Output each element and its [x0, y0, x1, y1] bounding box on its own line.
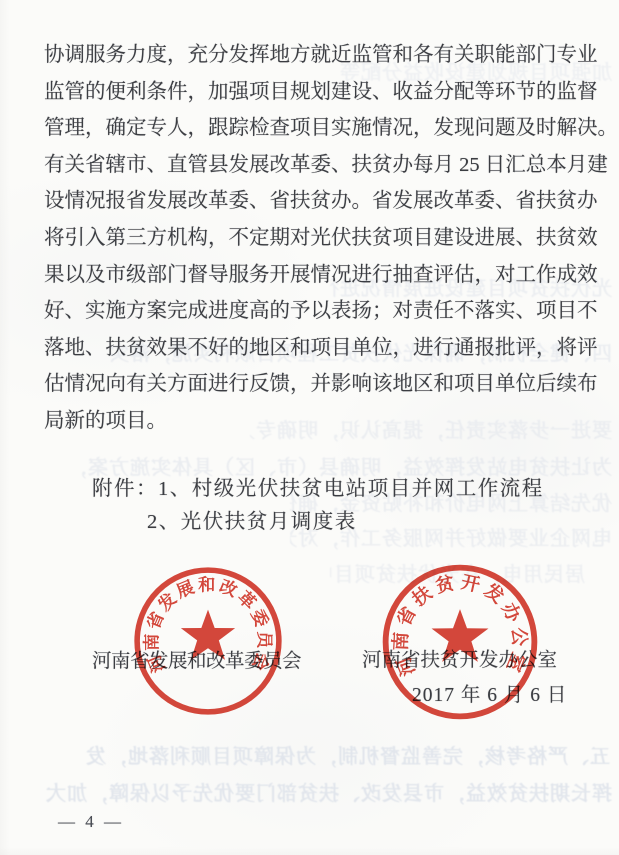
official-seal-right: 河南省扶贫开发办公室	[375, 557, 545, 727]
body-line: 好、实施方案完成进度高的予以表扬；对责任不落实、项目不	[44, 293, 581, 330]
body-line: 估情况向有关方面进行反馈，并影响该地区和项目单位后续布	[44, 366, 581, 403]
body-line: 将引入第三方机构，不定期对光伏扶贫项目建设进展、扶贫效	[44, 220, 581, 257]
body-line: 设情况报省发展改革委、省扶贫办。省发展改革委、省扶贫办	[44, 183, 581, 220]
attachment-item-2: 2、光伏扶贫月调度表	[147, 504, 357, 534]
body-line: 落地、扶贫效果不好的地区和项目单位，进行通报批评，将评	[44, 330, 581, 367]
body-line: 协调服务力度，充分发挥地方就近监管和各有关职能部门专业	[44, 37, 581, 74]
body-line: 管理，确定专人，跟踪检查项目实施情况，发现问题及时解决。	[44, 110, 581, 147]
star-icon	[181, 610, 235, 660]
bleedthrough-text: 挥长期扶贫效益，市县发改、扶贫部门要优先予以保障，加大	[30, 777, 612, 806]
official-seal-left: 河南省发展和改革委员会	[127, 560, 289, 722]
bleedthrough-text: 五、严格考核，完善监督机制，为保障项目顺利落地，发	[40, 740, 610, 769]
body-line: 有关省辖市、直管县发展改革委、扶贫办每月 25 日汇总本月建	[44, 147, 581, 184]
body-line: 局新的项目。	[44, 403, 581, 440]
star-icon	[432, 609, 489, 662]
document-page: 加强项目规划建设收益分配等 光伏扶贫项目建设进展情况进行 四、健全机制，确保光伏…	[0, 0, 619, 855]
document-body: 协调服务力度，充分发挥地方就近监管和各有关职能部门专业 监管的便利条件，加强项目…	[44, 37, 581, 440]
body-line: 监管的便利条件，加强项目规划建设、收益分配等环节的监督	[44, 74, 581, 111]
body-line: 果以及市级部门督导服务开展情况进行抽查评估，对工作成效	[44, 257, 581, 294]
attachment-item-1: 附件：1、村级光伏扶贫电站项目并网工作流程	[92, 471, 544, 501]
page-number: — 4 —	[58, 812, 124, 832]
